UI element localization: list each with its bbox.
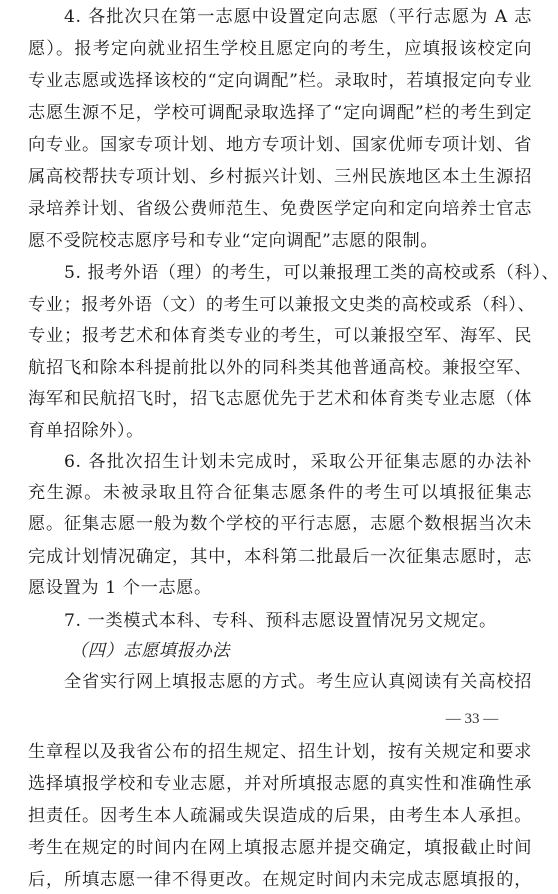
item-7-line-1: 7. 一类模式本科、专科、预科志愿设置情况另文规定。 <box>64 608 532 634</box>
item-4-line-7: 录培养计划、省级公费师范生、免费医学定向和定向培养士官志 <box>28 196 532 222</box>
section-heading: （四）志愿填报办法 <box>70 638 270 664</box>
item-4-line-1: 4. 各批次只在第一志愿中设置定向志愿（平行志愿为 A 志 <box>64 4 532 30</box>
item-6-line-3: 愿。征集志愿一般为数个学校的平行志愿，志愿个数根据当次未 <box>28 511 532 537</box>
item-4-line-4: 志愿生源不足，学校可调配录取选择了“定向调配”栏的考生到定 <box>28 100 532 126</box>
item-4-line-3: 专业志愿或选择该校的“定向调配”栏。录取时，若填报定向专业 <box>28 68 532 94</box>
item-5-line-1: 5. 报考外语（理）的考生，可以兼报理工类的高校或系（科）、 <box>64 260 532 286</box>
item-5-line-2: 专业；报考外语（文）的考生可以兼报文史类的高校或系（科）、 <box>28 292 532 318</box>
item-5-line-6: 育单招除外）。 <box>28 418 532 444</box>
item-5-line-5: 海军和民航招飞时，招飞志愿优先于艺术和体育类专业志愿（体 <box>28 386 532 412</box>
page-number: — 33 — <box>440 708 504 730</box>
item-6-line-2: 充生源。未被录取且符合征集志愿条件的考生可以填报征集志 <box>28 480 532 506</box>
section-paragraph-line-5: 考生在规定的时间内在网上填报志愿并提交确定，填报截止时间 <box>28 835 532 861</box>
item-6-line-5: 愿设置为 1 个一志愿。 <box>28 575 532 601</box>
section-paragraph-line-2: 生章程以及我省公布的招生规定、招生计划，按有关规定和要求 <box>28 739 532 765</box>
item-6-line-4: 完成计划情况确定，其中，本科第二批最后一次征集志愿时，志 <box>28 544 532 570</box>
section-paragraph-line-3: 选择填报学校和专业志愿，并对所填报志愿的真实性和准确性承 <box>28 771 532 797</box>
item-4-line-8: 愿不受院校志愿序号和专业“定向调配”志愿的限制。 <box>28 228 532 254</box>
item-5-line-3: 专业；报考艺术和体育类专业的考生，可以兼报空军、海军、民 <box>28 323 532 349</box>
document-page: 4. 各批次只在第一志愿中设置定向志愿（平行志愿为 A 志 愿）。报考定向就业招… <box>0 0 558 894</box>
item-4-line-5: 向专业。国家专项计划、地方专项计划、国家优师专项计划、省 <box>28 132 532 158</box>
section-paragraph-line-1: 全省实行网上填报志愿的方式。考生应认真阅读有关高校招 <box>64 669 532 695</box>
section-paragraph-line-6: 后，所填志愿一律不得更改。在规定时间内未完成志愿填报的， <box>28 867 532 893</box>
section-paragraph-line-4: 担责任。因考生本人疏漏或失误造成的后果，由考生本人承担。 <box>28 803 532 829</box>
item-4-line-2: 愿）。报考定向就业招生学校且愿定向的考生，应填报该校定向 <box>28 36 532 62</box>
item-5-line-4: 航招飞和除本科提前批以外的同科类其他普通高校。兼报空军、 <box>28 355 532 381</box>
item-6-line-1: 6. 各批次招生计划未完成时，采取公开征集志愿的办法补 <box>64 449 532 475</box>
item-4-line-6: 属高校帮扶专项计划、乡村振兴计划、三州民族地区本土生源招 <box>28 164 532 190</box>
